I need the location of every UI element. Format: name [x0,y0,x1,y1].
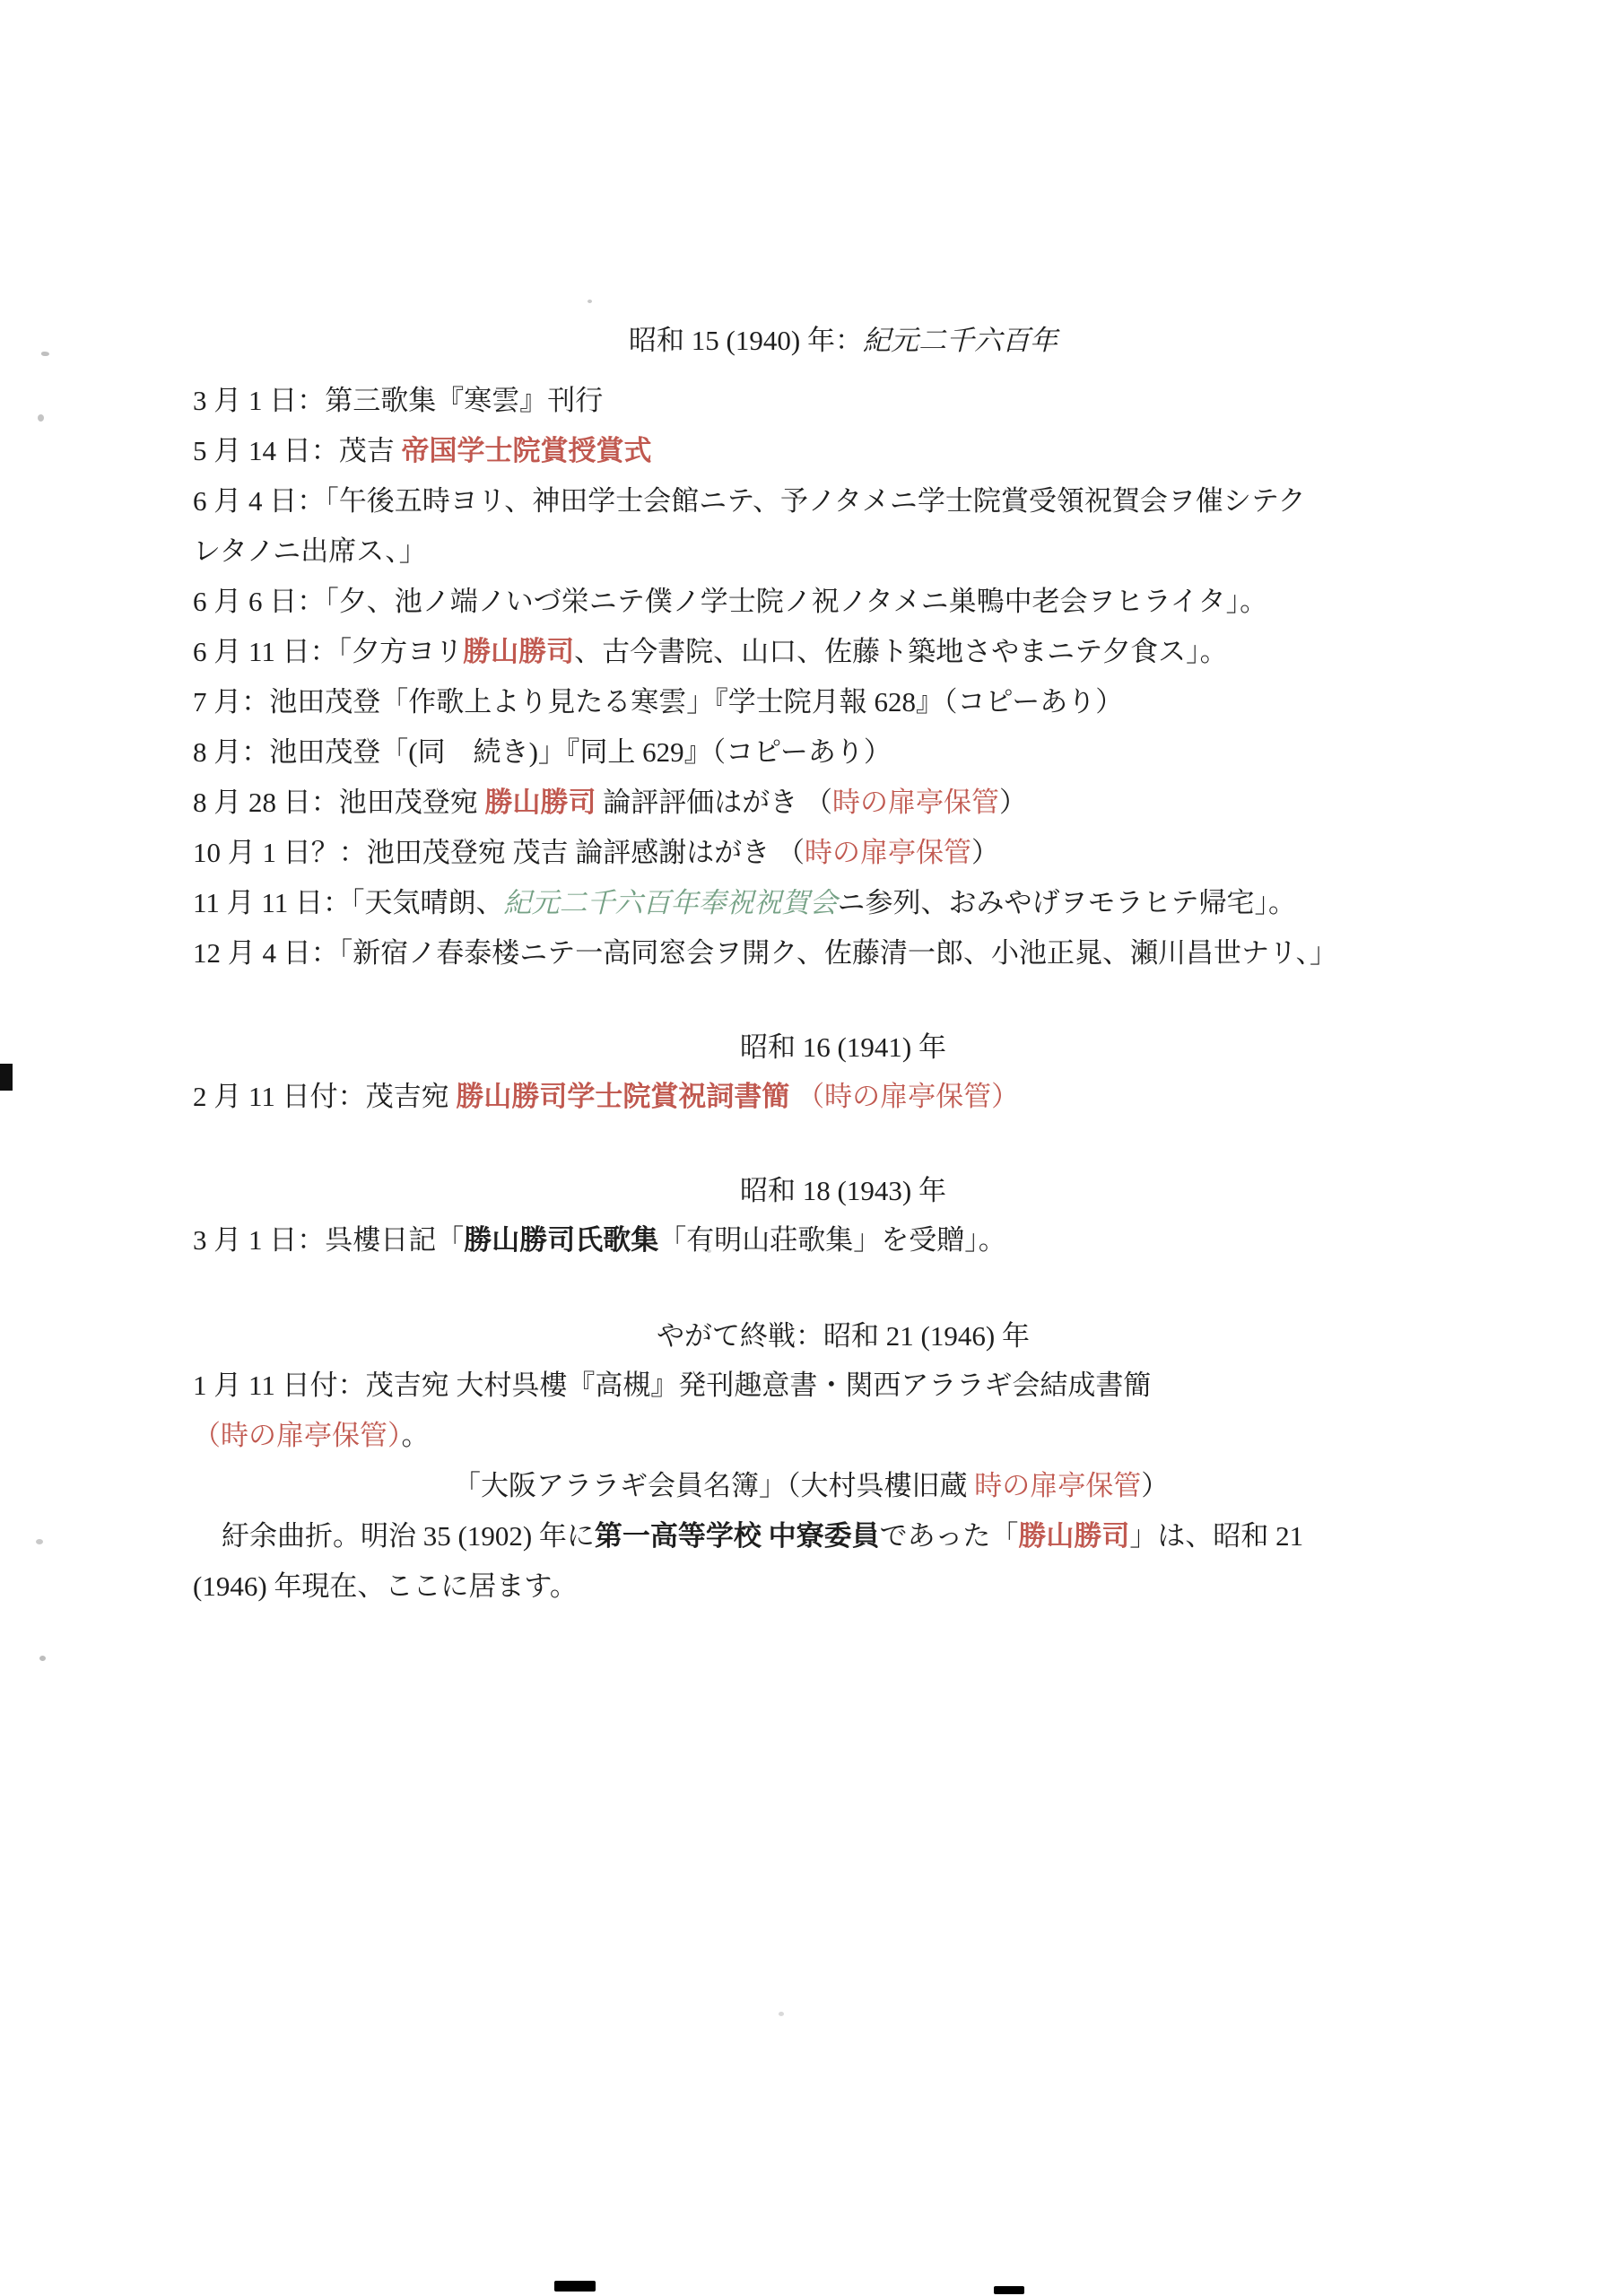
text-run: 帝国学士院賞授賞式 [402,435,652,466]
document-section: やがて終戦：昭和 21 (1946) 年1 月 11 日付：茂吉宛 大村呉樓『高… [193,1311,1493,1612]
text-line: 3 月 1 日：呉樓日記「勝山勝司氏歌集「有明山荘歌集」を受贈」。 [193,1215,1493,1265]
text-run: 紀元二千六百年奉祝祝賀会 [503,887,837,918]
text-run: 5 月 14 日：茂吉 [193,435,402,466]
text-run: 6 月 11 日：「夕方ヨリ [193,636,463,667]
text-run: 紆余曲折。明治 35 (1902) 年に [222,1520,595,1552]
text-run: 」は、昭和 21 [1129,1520,1303,1552]
section-heading: 昭和 16 (1941) 年 [193,1022,1493,1072]
scan-speck [39,1656,46,1661]
document-section: 昭和 15 (1940) 年：紀元二千六百年3 月 1 日：第三歌集『寒雲』刊行… [193,316,1493,978]
text-line: レタノニ出席ス、」 [193,526,1493,577]
text-run: 第一高等学校 中寮委員 [595,1520,880,1552]
document-content: 昭和 15 (1940) 年：紀元二千六百年3 月 1 日：第三歌集『寒雲』刊行… [193,316,1493,1612]
scan-artifact-left-edge [0,1064,13,1091]
text-run: 勝山勝司 [485,787,596,818]
text-run: 11 月 11 日：「天気晴朗、 [193,887,503,918]
text-run: 勝山勝司学士院賞祝詞書簡 [456,1081,789,1112]
text-line: 8 月：池田茂登「(同 続き)」『同上 629』（コピーあり） [193,727,1493,778]
text-run: 8 月：池田茂登「(同 続き)」『同上 629』（コピーあり） [193,736,892,768]
text-run: 勝山勝司 [463,636,574,667]
text-run: であった「 [880,1520,1019,1552]
text-line: 「大阪アララギ会員名簿」（大村呉樓旧蔵 時の扉亭保管） [193,1461,1493,1511]
text-run: レタノニ出席ス、」 [193,535,427,567]
text-run: 3 月 1 日：第三歌集『寒雲』刊行 [193,385,603,416]
text-run: (1946) 年現在、ここに居ます。 [193,1570,578,1602]
scan-speck [36,1539,43,1544]
scan-artifact-bottom-left [554,2281,596,2292]
text-run: 、古今書院、山口、佐藤ト築地さやまニテ夕食ス」。 [574,636,1228,667]
text-line: 2 月 11 日付：茂吉宛 勝山勝司学士院賞祝詞書簡 （時の扉亭保管） [193,1072,1493,1122]
section-heading: 昭和 18 (1943) 年 [193,1166,1493,1215]
text-run: （時の扉亭保管） [796,1081,1019,1112]
text-line: 10 月 1 日？：池田茂登宛 茂吉 論評感謝はがき （時の扉亭保管） [193,828,1493,878]
text-line: 8 月 28 日：池田茂登宛 勝山勝司 論評評価はがき （時の扉亭保管） [193,778,1493,828]
text-line: 5 月 14 日：茂吉 帝国学士院賞授賞式 [193,426,1493,476]
text-run: 紀元二千六百年 [863,325,1058,356]
section-heading: 昭和 15 (1940) 年：紀元二千六百年 [193,316,1493,365]
text-line: (1946) 年現在、ここに居ます。 [193,1561,1493,1612]
text-run [789,1081,796,1112]
text-run: 8 月 28 日：池田茂登宛 [193,787,485,818]
text-run: ） [1141,1470,1169,1501]
text-run: 1 月 11 日付：茂吉宛 大村呉樓『高槻』発刊趣意書・関西アララギ会結成書簡 [193,1370,1151,1401]
text-run: 昭和 15 (1940) 年： [629,325,863,356]
text-run: 7 月：池田茂登「作歌上より見たる寒雲」『学士院月報 628』（コピーあり） [193,686,1123,717]
text-line: 6 月 4 日：「午後五時ヨリ、神田学士会館ニテ、予ノタメニ学士院賞受領祝賀会ヲ… [193,476,1493,526]
text-line: 6 月 11 日：「夕方ヨリ勝山勝司、古今書院、山口、佐藤ト築地さやまニテ夕食ス… [193,627,1493,677]
text-line: 7 月：池田茂登「作歌上より見たる寒雲」『学士院月報 628』（コピーあり） [193,677,1493,727]
text-run: 昭和 18 (1943) 年 [740,1175,946,1206]
scan-speck [41,352,49,356]
text-line: 12 月 4 日：「新宿ノ春泰楼ニテ一高同窓会ヲ開ク、佐藤清一郎、小池正晁、瀬川… [193,928,1493,978]
document-section: 昭和 16 (1941) 年2 月 11 日付：茂吉宛 勝山勝司学士院賞祝詞書簡… [193,1022,1493,1122]
text-run: 勝山勝司氏歌集 [464,1224,658,1256]
text-run: やがて終戦：昭和 21 (1946) 年 [657,1320,1030,1352]
text-run: ） [971,837,999,868]
scan-speck [779,2012,784,2016]
text-run: （時の扉亭保管） [193,1420,402,1451]
scan-speck [588,300,592,303]
text-line: 6 月 6 日：「夕、池ノ端ノいづ栄ニテ僕ノ学士院ノ祝ノタメニ巣鴨中老会ヲヒライ… [193,577,1493,627]
text-run: 6 月 6 日：「夕、池ノ端ノいづ栄ニテ僕ノ学士院ノ祝ノタメニ巣鴨中老会ヲヒライ… [193,586,1267,617]
text-run: 2 月 11 日付：茂吉宛 [193,1081,456,1112]
text-line: 11 月 11 日：「天気晴朗、紀元二千六百年奉祝祝賀会ニ参列、おみやげヲモラヒ… [193,878,1493,928]
section-heading: やがて終戦：昭和 21 (1946) 年 [193,1311,1493,1361]
text-run: 時の扉亭保管 [832,787,999,818]
text-run: 時の扉亭保管 [805,837,971,868]
text-run: 3 月 1 日：呉樓日記「 [193,1224,464,1256]
text-line: （時の扉亭保管）。 [193,1411,1493,1461]
text-run: ニ参列、おみやげヲモラヒテ帰宅」。 [837,887,1296,918]
scan-speck [38,414,44,422]
text-line: 紆余曲折。明治 35 (1902) 年に第一高等学校 中寮委員であった「勝山勝司… [193,1511,1493,1561]
text-run: 「有明山荘歌集」を受贈」。 [658,1224,1006,1256]
text-run: 論評評価はがき （ [596,787,833,818]
text-run: 時の扉亭保管 [974,1470,1141,1501]
scan-artifact-bottom-right [994,2286,1024,2294]
text-run: 昭和 16 (1941) 年 [740,1031,946,1063]
scanned-page: 昭和 15 (1940) 年：紀元二千六百年3 月 1 日：第三歌集『寒雲』刊行… [0,0,1619,2296]
text-run: 。 [402,1420,430,1451]
text-line: 1 月 11 日付：茂吉宛 大村呉樓『高槻』発刊趣意書・関西アララギ会結成書簡 [193,1361,1493,1411]
text-run: 6 月 4 日：「午後五時ヨリ、神田学士会館ニテ、予ノタメニ学士院賞受領祝賀会ヲ… [193,485,1306,517]
text-line: 3 月 1 日：第三歌集『寒雲』刊行 [193,376,1493,426]
text-run: 10 月 1 日？：池田茂登宛 茂吉 論評感謝はがき （ [193,837,805,868]
text-run: 勝山勝司 [1018,1520,1129,1552]
text-run: 「大阪アララギ会員名簿」（大村呉樓旧蔵 [453,1470,974,1501]
text-run: 12 月 4 日：「新宿ノ春泰楼ニテ一高同窓会ヲ開ク、佐藤清一郎、小池正晁、瀬川… [193,937,1337,969]
text-run: ） [999,787,1027,818]
document-section: 昭和 18 (1943) 年3 月 1 日：呉樓日記「勝山勝司氏歌集「有明山荘歌… [193,1166,1493,1265]
